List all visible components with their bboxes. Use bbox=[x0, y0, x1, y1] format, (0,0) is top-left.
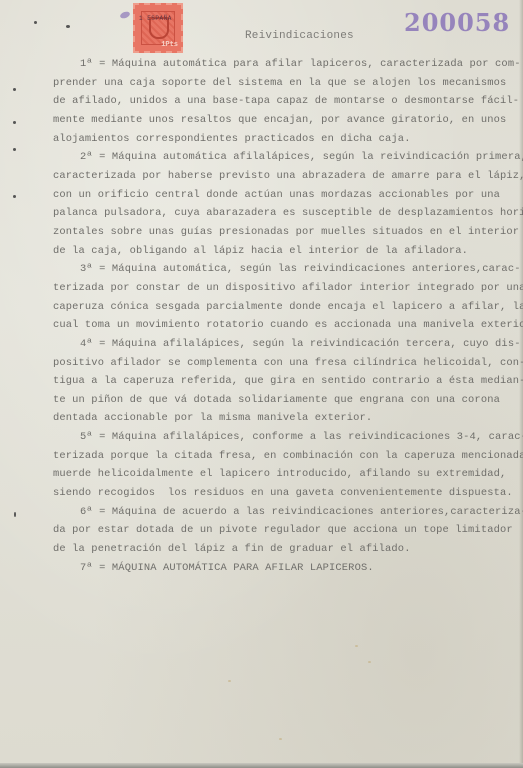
claim-line: 3ª = Máquina automática, según las reivi… bbox=[53, 260, 515, 279]
claim-line: siendo recogidos los residuos en una gav… bbox=[53, 484, 515, 503]
ink-cancellation-mark bbox=[119, 10, 130, 19]
claim-line: 7ª = MÁQUINA AUTOMÁTICA PARA AFILAR LAPI… bbox=[53, 559, 515, 578]
document-page: 1 ESPAÑA 1Pts 200058 Reivindicaciones 1ª… bbox=[0, 0, 523, 768]
claim-line: 5ª = Máquina afilalápices, conforme a la… bbox=[53, 428, 515, 447]
claim-line: de la penetración del lápiz a fin de gra… bbox=[53, 540, 515, 559]
punch-mark bbox=[13, 195, 16, 198]
punch-mark bbox=[13, 121, 16, 124]
claim-5: 5ª = Máquina afilalápices, conforme a la… bbox=[53, 428, 515, 503]
claim-line: 2ª = Máquina automática afilalápices, se… bbox=[53, 148, 515, 167]
paper-speck bbox=[228, 680, 231, 682]
claim-line: con un orificio central donde actúan una… bbox=[53, 186, 515, 205]
claim-line: zontales sobre unas guías presionadas po… bbox=[53, 223, 515, 242]
page-bottom-edge bbox=[0, 763, 523, 768]
claim-line: muerde helicoidalmente el lapicero intro… bbox=[53, 465, 515, 484]
claim-line: tigua a la caperuza referida, que gira e… bbox=[53, 372, 515, 391]
claim-3: 3ª = Máquina automática, según las reivi… bbox=[53, 260, 515, 335]
stamp-overprint: 1 ESPAÑA bbox=[139, 15, 172, 22]
claim-line: 1ª = Máquina automática para afilar lapi… bbox=[53, 55, 515, 74]
claim-7: 7ª = MÁQUINA AUTOMÁTICA PARA AFILAR LAPI… bbox=[53, 559, 515, 578]
claim-line: caperuza cónica sesgada parcialmente don… bbox=[53, 298, 515, 317]
claim-line: positivo afilador se complementa con una… bbox=[53, 354, 515, 373]
claim-line: 4ª = Máquina afilalápices, según la reiv… bbox=[53, 335, 515, 354]
claim-1: 1ª = Máquina automática para afilar lapi… bbox=[53, 55, 515, 148]
claim-6: 6ª = Máquina de acuerdo a las reivindica… bbox=[53, 503, 515, 559]
claim-4: 4ª = Máquina afilalápices, según la reiv… bbox=[53, 335, 515, 428]
claim-line: da por estar dotada de un pivote regulad… bbox=[53, 521, 515, 540]
claim-line: caracterizada por haberse previsto una a… bbox=[53, 167, 515, 186]
paper-speck bbox=[279, 738, 282, 740]
claim-line: palanca pulsadora, cuya abarazadera es s… bbox=[53, 204, 515, 223]
claim-line: dentada accionable por la misma manivela… bbox=[53, 409, 515, 428]
claim-line: mente mediante unos resaltos que encajan… bbox=[53, 111, 515, 130]
claim-line: de afilado, unidos a una base-tapa capaz… bbox=[53, 92, 515, 111]
punch-mark bbox=[13, 148, 16, 151]
punch-mark bbox=[13, 88, 16, 91]
claim-line: 6ª = Máquina de acuerdo a las reivindica… bbox=[53, 503, 515, 522]
fiscal-stamp: 1 ESPAÑA 1Pts bbox=[133, 3, 183, 53]
claim-line: cual toma un movimiento rotatorio cuando… bbox=[53, 316, 515, 335]
punch-mark bbox=[34, 21, 37, 24]
punch-mark bbox=[14, 512, 16, 517]
claim-line: alojamientos correspondientes practicado… bbox=[53, 130, 515, 149]
claims-body: 1ª = Máquina automática para afilar lapi… bbox=[53, 55, 515, 577]
document-title: Reivindicaciones bbox=[245, 30, 354, 42]
paper-speck bbox=[368, 661, 371, 663]
stamp-value: 1Pts bbox=[161, 41, 178, 49]
claim-line: prender una caja soporte del sistema en … bbox=[53, 74, 515, 93]
claim-line: terizada por constar de un dispositivo a… bbox=[53, 279, 515, 298]
punch-mark bbox=[66, 25, 70, 28]
claim-line: terizada porque la citada fresa, en comb… bbox=[53, 447, 515, 466]
claim-line: de la caja, obligando al lápiz hacia el … bbox=[53, 242, 515, 261]
claim-line: te un piñon de que vá dotada solidariame… bbox=[53, 391, 515, 410]
claim-2: 2ª = Máquina automática afilalápices, se… bbox=[53, 148, 515, 260]
paper-speck bbox=[355, 645, 358, 647]
document-number-stamp: 200058 bbox=[404, 8, 510, 37]
